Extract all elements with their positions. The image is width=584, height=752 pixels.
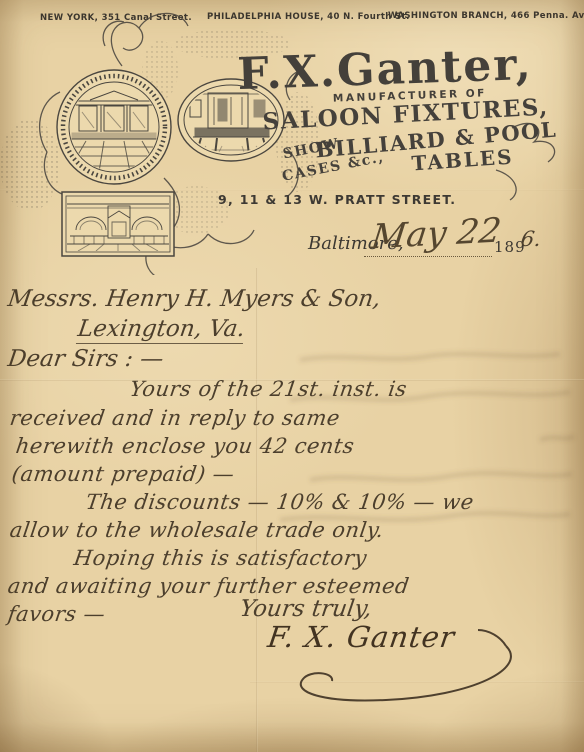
recipient-line: Messrs. Henry H. Myers & Son, — [6, 286, 382, 312]
date-dotted-rule — [364, 255, 492, 257]
ink-show-through — [280, 354, 574, 520]
scanned-letter-page: NEW YORK, 351 Canal Street. PHILADELPHIA… — [0, 0, 584, 752]
handwritten-date: May 22 — [369, 211, 503, 258]
saloon-interior-illustration — [62, 192, 174, 256]
bar-back-fixture-illustration — [57, 70, 171, 184]
handwritten-year-digit: 6. — [519, 227, 542, 251]
signature-flourish-artwork — [0, 330, 584, 750]
street-address: 9, 11 & 13 W. PRATT STREET. — [218, 192, 456, 207]
signature-underline-flourish — [301, 630, 511, 700]
